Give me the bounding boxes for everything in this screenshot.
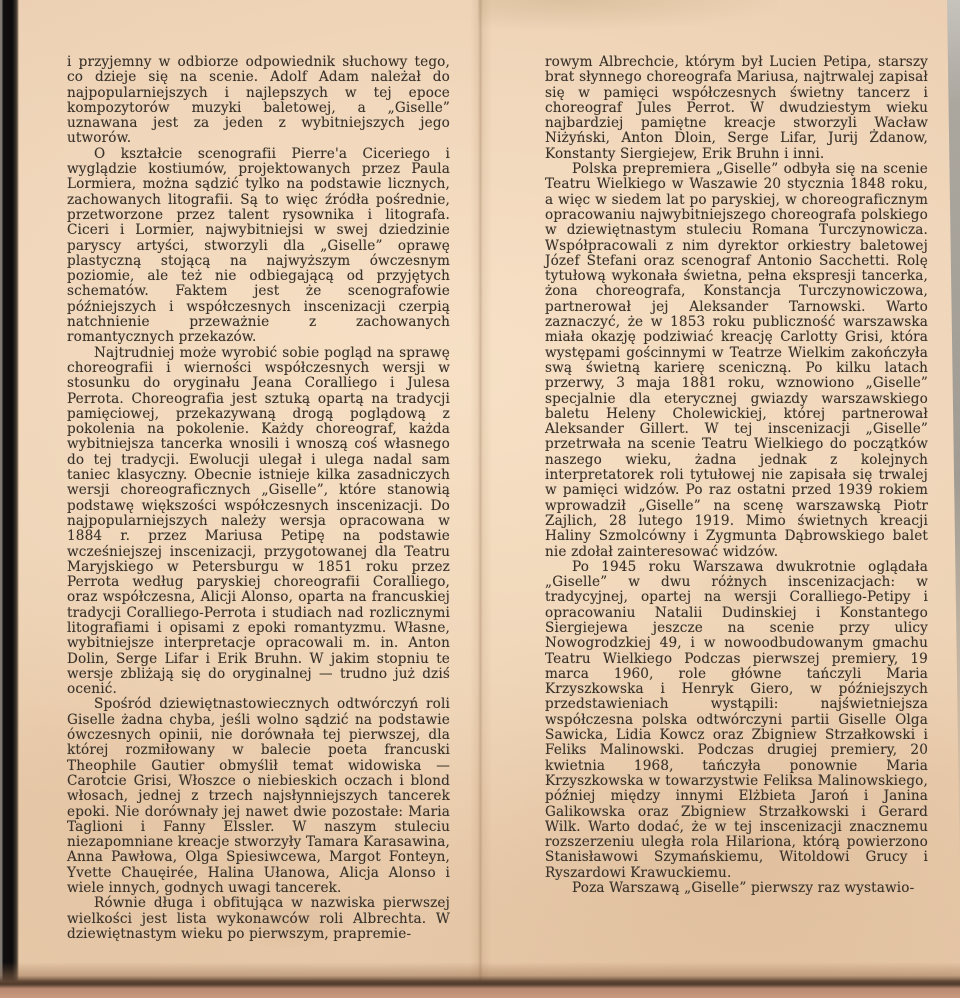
paragraph: Poza Warszawą „Giselle” pierwszy raz wys… (545, 881, 928, 896)
page-gutter-crease (470, 0, 492, 982)
paragraph: rowym Albrechcie, którym był Lucien Peti… (545, 55, 928, 162)
scan-top-shadow (478, 0, 778, 42)
book-spread-scan: i przyjemny w odbiorze odpowiednik słuch… (0, 0, 960, 998)
left-page-text-column: i przyjemny w odbiorze odpowiednik słuch… (67, 55, 450, 942)
paragraph: Po 1945 roku Warszawa dwukrotnie oglądał… (545, 560, 928, 881)
paragraph: Równie długa i obfitująca w nazwiska pie… (67, 896, 450, 942)
page-bottom-edge (0, 962, 960, 998)
paragraph: Polska prepremiera „Giselle” odbyła się … (545, 162, 928, 560)
paragraph: i przyjemny w odbiorze odpowiednik słuch… (67, 55, 450, 147)
paragraph: Spośród dziewiętnastowiecznych odtwórczy… (67, 697, 450, 896)
scan-left-border (0, 0, 19, 984)
right-page-text-column: rowym Albrechcie, którym był Lucien Peti… (545, 55, 928, 896)
paragraph: Najtrudniej może wyrobić sobie pogląd na… (67, 346, 450, 698)
paragraph: O kształcie scenografii Pierre'a Cicerie… (67, 147, 450, 346)
